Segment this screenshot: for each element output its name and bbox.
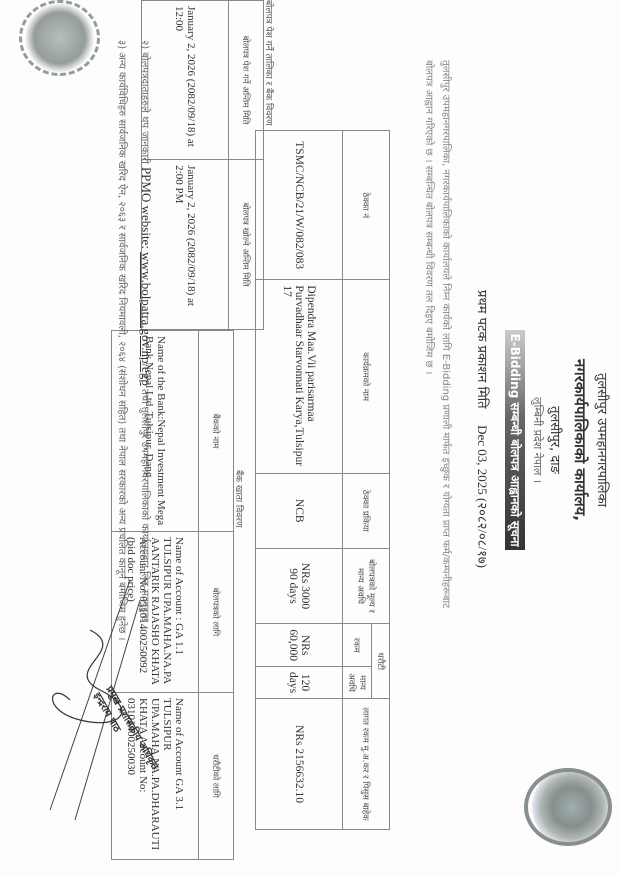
- contract-no: TSMC/NCB/21/W/082/083: [256, 131, 343, 280]
- header-submission-deadline: बोलपत्र पेश गर्ने अन्तिम मिति: [229, 1, 264, 160]
- municipality-logo-icon: [19, 0, 100, 76]
- publish-date-line: प्रथम पटक प्रकाशन मिति Dec 03, 2025 (२०८…: [474, 290, 492, 568]
- province-name: लुम्बिनी प्रदेश नेपाल ।: [530, 250, 545, 630]
- municipality-name: तुलसीपुर उपमहानगरपालिका: [594, 250, 612, 630]
- nepal-emblem-icon: [524, 768, 612, 846]
- opening-date: January 2, 2026 (2082/09/18) at 2:00 PM: [142, 160, 229, 330]
- header-bid-security: धरौटी: [372, 624, 390, 699]
- header-bid-doc-account: बोलपत्रको लागि: [199, 532, 234, 693]
- signature-block: प्रमुख प्रशासकीय अधिकृत इन्द्रराम पाठ: [40, 570, 150, 830]
- header-cost-estimate: लागत रकम मु.अ.कर र पिसुस बाहेक: [343, 699, 390, 830]
- footer-note-2: २) बोलपत्रदाताहरुले थप जानकारी PPMO webs…: [138, 40, 154, 629]
- header-security-account: धरौटीको लागि: [199, 693, 234, 860]
- bid-doc-price: NRs 3000: [299, 554, 311, 619]
- date-table-caption: बोलपत्र पेश गर्ने तालिका र बैंक विवरण: [263, 0, 276, 126]
- publish-label: प्रथम पटक प्रकाशन मिति: [474, 290, 489, 409]
- city-name: तुलसीपुर, दाङ: [547, 250, 565, 630]
- cost-estimate: NRs 2156632.10: [256, 699, 343, 830]
- header-work-name: कार्यक्रमको नाम: [343, 280, 390, 473]
- bid-doc-validity: 90 days: [287, 554, 299, 619]
- header-security-amount: रकम: [343, 624, 372, 667]
- publish-date: Dec 03, 2025 (२०८२/०८/१७): [475, 425, 490, 568]
- header-security-validity: मान्य अवधि: [343, 667, 372, 699]
- header-bank-name: बैंकको नाम: [199, 331, 234, 532]
- method: NCB: [256, 473, 343, 548]
- security-validity: 120 days: [256, 667, 343, 699]
- intro-line-1: तुलसीपुर उपमहानगरपालिका, नगरकार्यपालिकाक…: [439, 60, 452, 820]
- header-bid-doc-price: बोलपत्रको मूल्य र मान्य अवधि: [343, 548, 390, 624]
- bid-doc-price-cell: NRs 3000 90 days: [256, 548, 343, 624]
- intro-line-2: बोलपत्र आह्वान गरिएको छ । सम्बन्धित बोलप…: [422, 60, 435, 820]
- work-name: Dipendra Maa.Vii parisarmaa Purvadhaar S…: [256, 280, 343, 473]
- table-row: TSMC/NCB/21/W/082/083 Dipendra Maa.Vii p…: [256, 131, 343, 830]
- footer-note-3: ३) अन्य कार्यविधिहरु सार्वजनिक खरिद ऐन, …: [116, 40, 130, 640]
- header-opening-date: बोलपत्र खोल्ने अन्तिम मिति: [229, 160, 264, 330]
- submission-deadline: January 2, 2026 (2082/09/18) at 12:00: [142, 1, 229, 160]
- security-amount: NRs 60,000: [256, 624, 343, 667]
- submission-dates-table: बोलपत्र पेश गर्ने अन्तिम मिति बोलपत्र खो…: [141, 0, 264, 330]
- notice-title: E-Bidding सम्बन्धी बोलपत्र आह्वानको सूचन…: [505, 330, 525, 550]
- header-contract-no: ठेक्का नं: [343, 131, 390, 280]
- bolpatra-link[interactable]: www.bolpatra.gov.np/egp: [139, 252, 154, 386]
- rotated-document-page: तुलसीपुर उपमहानगरपालिका नगरकार्यपालिकाको…: [0, 0, 620, 876]
- bank-table-caption: बैंक खाता विवरण: [233, 470, 246, 527]
- header-method: ठेक्का प्रकिया: [343, 473, 390, 548]
- office-name: नगरकार्यपालिकाको कार्यालय,: [570, 250, 590, 630]
- bid-details-table: ठेक्का नं कार्यक्रमको नाम ठेक्का प्रकिया…: [255, 130, 390, 830]
- table-row: January 2, 2026 (2082/09/18) at 12:00 Ja…: [142, 1, 229, 330]
